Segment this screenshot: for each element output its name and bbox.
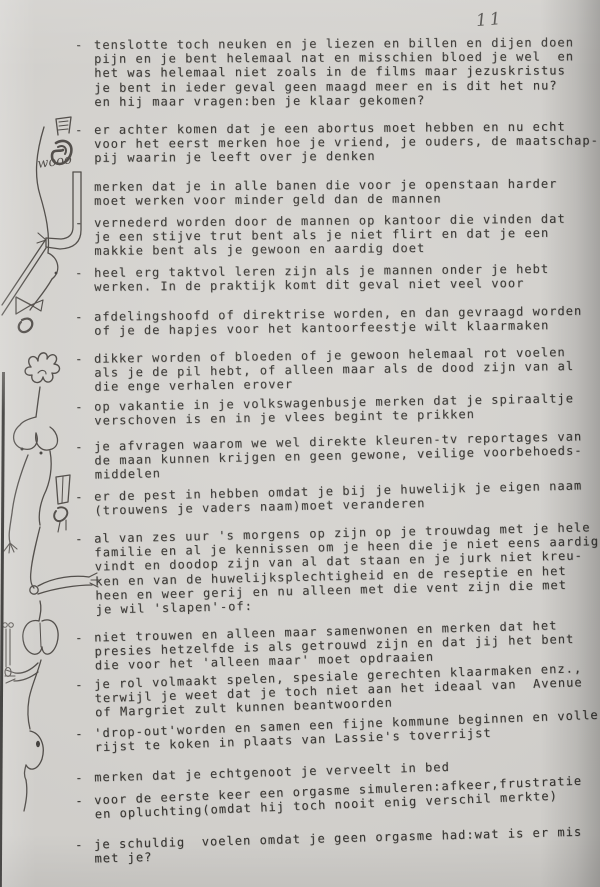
- list-item: - je afvragen waarom we wel direkte kleu…: [75, 430, 576, 483]
- list-item: merken dat je in alle banen die voor je …: [75, 177, 575, 209]
- list-item-line: makkie bent als je gewoon en aardig doet: [94, 240, 575, 258]
- bullet-dash: -: [75, 838, 84, 852]
- list-item: - je schuldig voelen omdat je geen orgas…: [75, 825, 576, 866]
- margin-nude-figure-doodle-icon: wooo: [0, 115, 100, 815]
- list-item: - er de pest in hebben omdat je bij je h…: [75, 479, 576, 519]
- list-item: - heel erg taktvol leren zijn als je man…: [75, 262, 575, 295]
- list-item-line: werken. In de praktijk komt dit geval ni…: [94, 276, 575, 294]
- list-item-line: je bent in ieder geval geen maagd meer e…: [94, 78, 575, 95]
- list-item: - er achter komen dat je een abortus moe…: [75, 120, 575, 166]
- list-item: - al van zes uur 's morgens op zijn op j…: [75, 521, 577, 618]
- list-item: - dikker worden of bloeden of je gewoon …: [75, 345, 576, 395]
- list-item: - op vakantie in je volkswagenbusje merk…: [75, 391, 575, 428]
- list-item: - afdelingshoofd of direktrise worden, e…: [75, 304, 575, 339]
- scanned-page: { "page": { "number": "11" }, "artwork":…: [0, 0, 600, 887]
- list-item: - vernederd worden door de mannen op kan…: [75, 212, 575, 259]
- list-item-line: moet werken voor minder geld dan de mann…: [94, 191, 575, 209]
- list-item: - tenslotte toch neuken en je liezen en …: [75, 35, 575, 109]
- list-item-line: pij waarin je leeft over je denken: [94, 148, 575, 166]
- bullet-dash: -: [75, 38, 83, 52]
- scribble-text: wooo: [36, 152, 73, 172]
- list-item-line: en hij maar vragen:ben je klaar gekomen?: [94, 92, 575, 109]
